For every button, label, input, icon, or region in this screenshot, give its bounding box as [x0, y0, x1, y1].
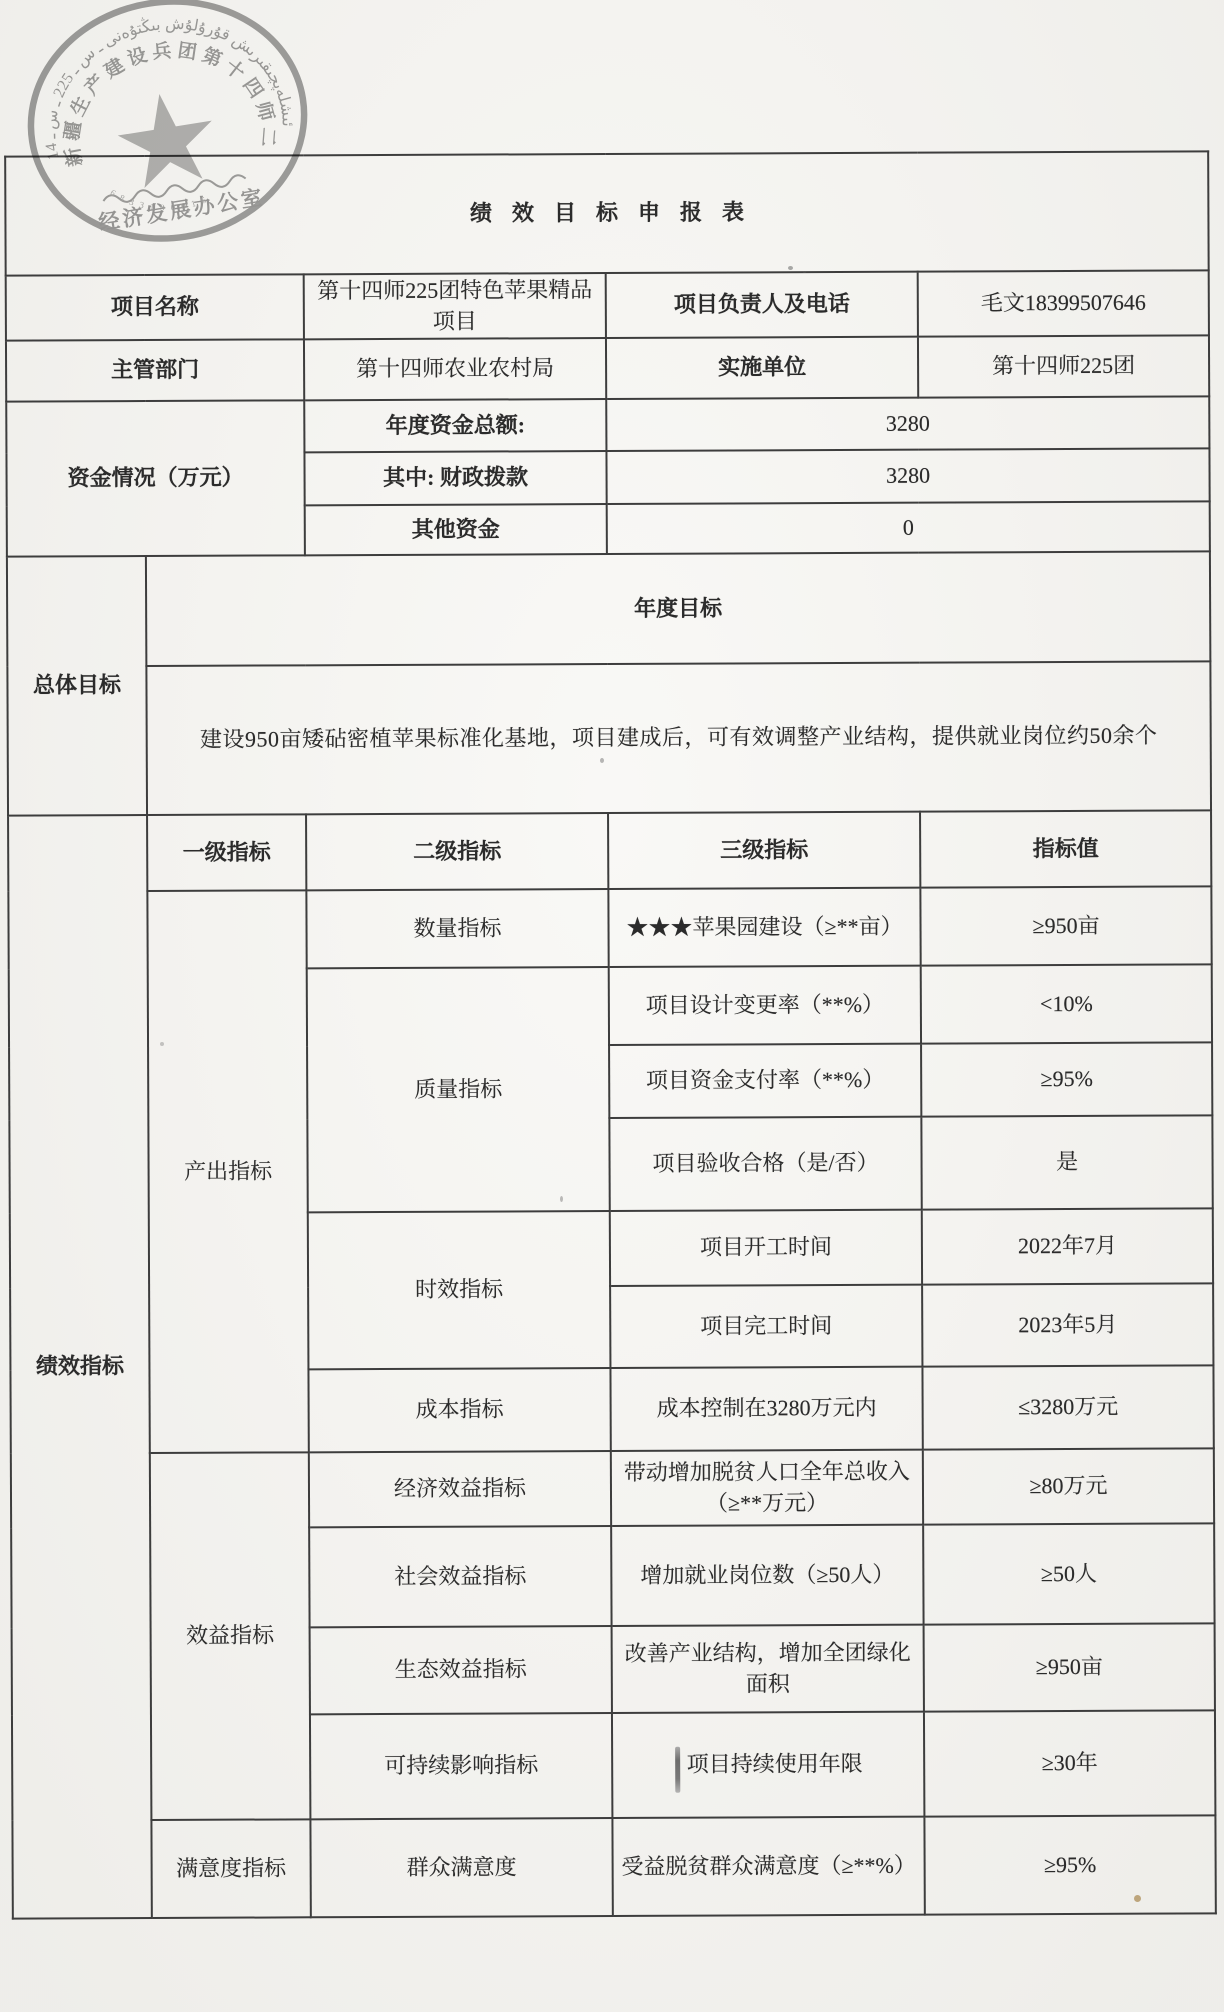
scan-smudge — [676, 1747, 681, 1793]
svg-text:ئىشلەپچىقىرىش قۇرۇلۇش بىڭتۇەنى: ئىشلەپچىقىرىش قۇرۇلۇش بىڭتۇەنى ـ س ـ 225… — [25, 0, 297, 166]
level2-timeliness: 时效指标 — [308, 1211, 611, 1369]
indicator-cost-control: 成本控制在3280万元内 — [610, 1367, 922, 1451]
level1-satisfaction: 满意度指标 — [151, 1819, 310, 1918]
level2-ecological: 生态效益指标 — [310, 1626, 612, 1714]
value-income: ≥80万元 — [923, 1448, 1214, 1524]
level2-public-satisfaction: 群众满意度 — [310, 1818, 612, 1917]
project-name-value: 第十四师225团特色苹果精品项目 — [304, 273, 606, 339]
overall-goal-label: 总体目标 — [7, 556, 147, 816]
annual-goal-text: 建设950亩矮砧密植苹果标准化基地，项目建成后，可有效调整产业结构，提供就业岗位… — [146, 661, 1211, 815]
indicator-lifespan-text: 项目持续使用年限 — [687, 1751, 863, 1777]
col-header-value: 指标值 — [920, 810, 1211, 887]
scanned-page: 绩效目标申报表 项目名称 第十四师225团特色苹果精品项目 项目负责人及电话 毛… — [0, 0, 1224, 2012]
indicator-greening: 改善产业结构，增加全团绿化面积 — [612, 1625, 924, 1713]
level2-sustainability: 可持续影响指标 — [310, 1713, 612, 1819]
level2-quality: 质量指标 — [307, 967, 610, 1212]
project-name-label: 项目名称 — [6, 274, 304, 340]
value-cost-control: ≤3280万元 — [922, 1365, 1213, 1449]
indicator-design-change: 项目设计变更率（**%） — [609, 966, 921, 1045]
performance-label: 绩效指标 — [8, 815, 152, 1919]
value-design-change: <10% — [921, 964, 1212, 1043]
funding-total-label: 年度资金总额: — [304, 399, 606, 452]
funding-fiscal-label: 其中: 财政拨款 — [304, 451, 606, 505]
manager-label: 项目负责人及电话 — [606, 272, 918, 338]
level1-output: 产出指标 — [147, 890, 308, 1453]
indicator-satisfaction: 受益脱贫群众满意度（≥**%） — [612, 1817, 924, 1916]
value-lifespan: ≥30年 — [924, 1710, 1216, 1816]
annual-goal-header: 年度目标 — [146, 551, 1211, 666]
indicator-orchard: ★★★苹果园建设（≥**亩） — [608, 888, 920, 967]
funding-label: 资金情况（万元） — [6, 400, 305, 556]
value-greening: ≥950亩 — [924, 1623, 1215, 1711]
value-finish-time: 2023年5月 — [922, 1283, 1213, 1366]
value-satisfaction: ≥95% — [924, 1815, 1215, 1914]
level2-quantity: 数量指标 — [306, 889, 608, 968]
funding-fiscal-value: 3280 — [606, 448, 1209, 504]
unit-value: 第十四师225团 — [918, 335, 1209, 397]
stamp-outer-ring-text: ئىشلەپچىقىرىش قۇرۇلۇش بىڭتۇەنى ـ س ـ 225… — [25, 0, 297, 166]
value-start-time: 2022年7月 — [922, 1208, 1213, 1284]
indicator-jobs: 增加就业岗位数（≥50人） — [611, 1525, 923, 1626]
level2-social: 社会效益指标 — [309, 1526, 611, 1627]
value-acceptance: 是 — [921, 1115, 1212, 1209]
unit-label: 实施单位 — [606, 337, 918, 399]
level2-economic: 经济效益指标 — [309, 1451, 611, 1527]
form-title: 绩效目标申报表 — [5, 151, 1209, 275]
value-jobs: ≥50人 — [923, 1523, 1214, 1624]
indicator-start-time: 项目开工时间 — [610, 1210, 922, 1286]
indicator-payment-rate: 项目资金支付率（**%） — [609, 1044, 921, 1118]
level1-benefit: 效益指标 — [150, 1452, 311, 1820]
indicator-income: 带动增加脱贫人口全年总收入（≥**万元） — [611, 1450, 923, 1526]
col-header-level1: 一级指标 — [147, 814, 306, 891]
dept-label: 主管部门 — [6, 339, 304, 401]
value-orchard: ≥950亩 — [920, 886, 1211, 965]
level2-cost: 成本指标 — [308, 1368, 610, 1452]
performance-target-form: 绩效目标申报表 项目名称 第十四师225团特色苹果精品项目 项目负责人及电话 毛… — [4, 150, 1217, 1919]
dept-value: 第十四师农业农村局 — [304, 338, 606, 400]
indicator-finish-time: 项目完工时间 — [610, 1285, 922, 1368]
col-header-level2: 二级指标 — [306, 813, 608, 890]
funding-total-value: 3280 — [606, 396, 1209, 451]
manager-value: 毛文18399507646 — [918, 270, 1209, 336]
funding-other-value: 0 — [607, 501, 1210, 554]
indicator-acceptance: 项目验收合格（是/否） — [609, 1117, 921, 1211]
indicator-lifespan: 项目持续使用年限 — [612, 1712, 924, 1818]
value-payment-rate: ≥95% — [921, 1042, 1212, 1116]
col-header-level3: 三级指标 — [608, 812, 920, 889]
funding-other-label: 其他资金 — [305, 504, 607, 555]
